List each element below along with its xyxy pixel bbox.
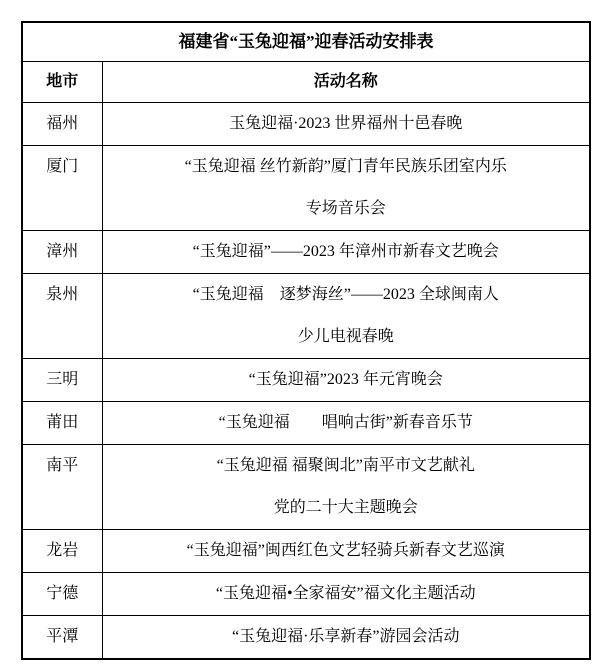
activity-cell: “玉兔迎福•全家福安”福文化主题活动 [102, 573, 590, 616]
city-cell: 厦门 [22, 146, 102, 231]
activity-line: “玉兔迎福 唱响古街”新春音乐节 [103, 402, 590, 444]
activity-line: “玉兔迎福”——2023 年漳州市新春文艺晚会 [103, 231, 590, 273]
table-row-sanming: 三明 “玉兔迎福”2023 年元宵晚会 [22, 359, 590, 402]
activity-cell: “玉兔迎福 福聚闽北”南平市文艺献礼 党的二十大主题晚会 [102, 445, 590, 530]
city-cell: 福州 [22, 103, 102, 146]
city-cell: 平潭 [22, 616, 102, 660]
activity-line: “玉兔迎福 丝竹新韵”厦门青年民族乐团室内乐 [103, 146, 590, 188]
activity-cell: “玉兔迎福”——2023 年漳州市新春文艺晚会 [102, 231, 590, 274]
activity-cell: “玉兔迎福 逐梦海丝”——2023 全球闽南人 少儿电视春晚 [102, 274, 590, 359]
activity-cell: “玉兔迎福 丝竹新韵”厦门青年民族乐团室内乐 专场音乐会 [102, 146, 590, 231]
activity-line: “玉兔迎福 逐梦海丝”——2023 全球闽南人 [103, 274, 590, 316]
activity-line: “玉兔迎福”2023 年元宵晚会 [103, 359, 590, 401]
activity-line: “玉兔迎福•全家福安”福文化主题活动 [103, 573, 590, 615]
city-cell: 漳州 [22, 231, 102, 274]
activity-cell: “玉兔迎福·乐享新春”游园会活动 [102, 616, 590, 660]
activity-line: 党的二十大主题晚会 [103, 487, 590, 529]
activity-line: “玉兔迎福 福聚闽北”南平市文艺献礼 [103, 445, 590, 487]
activity-cell: 玉兔迎福·2023 世界福州十邑春晚 [102, 103, 590, 146]
activity-schedule-table: 福建省“玉兔迎福”迎春活动安排表 地市 活动名称 福州 玉兔迎福·2023 世界… [21, 21, 591, 660]
activity-line: 专场音乐会 [103, 188, 590, 230]
activity-cell: “玉兔迎福”闽西红色文艺轻骑兵新春文艺巡演 [102, 530, 590, 573]
table-row-putian: 莆田 “玉兔迎福 唱响古街”新春音乐节 [22, 402, 590, 445]
column-header-city: 地市 [22, 62, 102, 103]
table-row-nanping: 南平 “玉兔迎福 福聚闽北”南平市文艺献礼 党的二十大主题晚会 [22, 445, 590, 530]
table-row-quanzhou: 泉州 “玉兔迎福 逐梦海丝”——2023 全球闽南人 少儿电视春晚 [22, 274, 590, 359]
city-cell: 莆田 [22, 402, 102, 445]
table-row-pingtan: 平潭 “玉兔迎福·乐享新春”游园会活动 [22, 616, 590, 660]
city-cell: 泉州 [22, 274, 102, 359]
table-row-zhangzhou: 漳州 “玉兔迎福”——2023 年漳州市新春文艺晚会 [22, 231, 590, 274]
table-row-ningde: 宁德 “玉兔迎福•全家福安”福文化主题活动 [22, 573, 590, 616]
table-title: 福建省“玉兔迎福”迎春活动安排表 [22, 22, 590, 62]
title-row: 福建省“玉兔迎福”迎春活动安排表 [22, 22, 590, 62]
column-header-activity: 活动名称 [102, 62, 590, 103]
city-cell: 龙岩 [22, 530, 102, 573]
activity-line: “玉兔迎福”闽西红色文艺轻骑兵新春文艺巡演 [103, 530, 590, 572]
city-cell: 三明 [22, 359, 102, 402]
table-row-longyan: 龙岩 “玉兔迎福”闽西红色文艺轻骑兵新春文艺巡演 [22, 530, 590, 573]
table-row-xiamen: 厦门 “玉兔迎福 丝竹新韵”厦门青年民族乐团室内乐 专场音乐会 [22, 146, 590, 231]
city-cell: 南平 [22, 445, 102, 530]
activity-cell: “玉兔迎福 唱响古街”新春音乐节 [102, 402, 590, 445]
activity-cell: “玉兔迎福”2023 年元宵晚会 [102, 359, 590, 402]
activity-line: “玉兔迎福·乐享新春”游园会活动 [103, 616, 590, 658]
activity-line: 玉兔迎福·2023 世界福州十邑春晚 [103, 103, 590, 145]
table-row-fuzhou: 福州 玉兔迎福·2023 世界福州十邑春晚 [22, 103, 590, 146]
city-cell: 宁德 [22, 573, 102, 616]
activity-line: 少儿电视春晚 [103, 316, 590, 358]
header-row: 地市 活动名称 [22, 62, 590, 103]
